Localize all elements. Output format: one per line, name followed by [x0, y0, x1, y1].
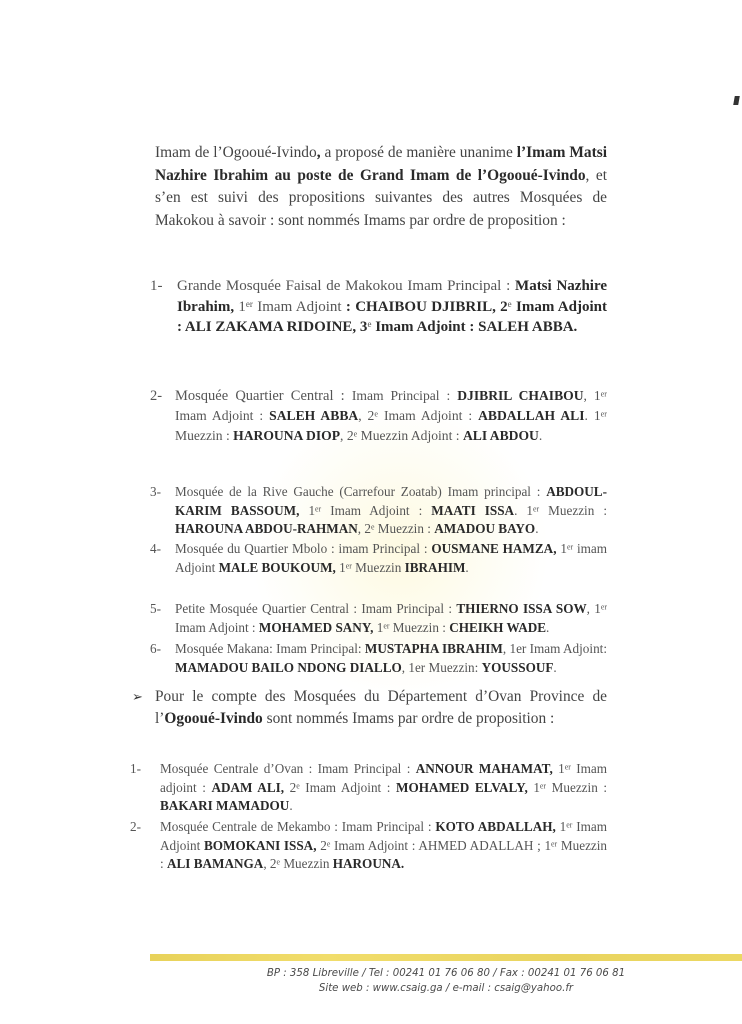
muezzin-1: HAROUNA ABDOU-RAHMAN — [175, 521, 358, 536]
muezzin-1: IBRAHIM — [405, 560, 466, 575]
imam-principal: MUSTAPHA IBRAHIM — [365, 641, 503, 656]
intro-paragraph: Imam de l’Ogooué-Ivindo, a proposé de ma… — [155, 142, 607, 232]
mosque-name: Mosquée Centrale de Mekambo : Imam Princ… — [160, 819, 435, 834]
document-page: Imam de l’Ogooué-Ivindo, a proposé de ma… — [0, 0, 742, 1024]
imam-adjoint-1: SALEH ABBA — [269, 408, 358, 423]
item-number: 4- — [150, 540, 161, 559]
muezzin-1: ALI BAMANGA — [167, 856, 263, 871]
mosque-name: Mosquée de la Rive Gauche (Carrefour Zoa… — [175, 484, 546, 499]
makokou-item-1: 1- Grande Mosquée Faisal de Makokou Imam… — [150, 276, 607, 338]
role-label: 1 — [373, 620, 383, 635]
footer-web-line: Site web : www.csaig.ga / e-mail : csaig… — [150, 983, 742, 994]
ovan-intro-bold: Ogooué-Ivindo — [164, 710, 262, 727]
muezzin-1: BAKARI MAMADOU — [160, 798, 289, 813]
makokou-item-3: 3- Mosquée de la Rive Gauche (Carrefour … — [150, 483, 607, 539]
role-label: 1 — [528, 780, 540, 795]
muezzin-2: ALI ABDOU — [463, 428, 539, 443]
item-number: 1- — [130, 760, 141, 779]
ovan-intro-paragraph: ➢ Pour le compte des Mosquées du Départe… — [132, 686, 607, 730]
item-number: 5- — [150, 600, 161, 619]
imam-principal: OUSMANE HAMZA, — [431, 541, 556, 556]
role-label: , 2 — [358, 408, 374, 423]
role-label: Imam Principal : — [352, 388, 457, 403]
imam-adjoint-1: MALE BOUKOUM, — [219, 560, 336, 575]
role-label: 2 — [284, 780, 296, 795]
item-number: 1- — [150, 276, 163, 297]
ordinal-sup: er — [601, 602, 607, 611]
muezzin-1: HAROUNA DIOP — [233, 428, 340, 443]
footer-web-label: Site web : — [319, 983, 373, 994]
role-label: Imam Adjoint : — [321, 503, 431, 518]
punctuation: . — [546, 620, 549, 635]
role-label: Imam Adjoint : — [175, 620, 259, 635]
role-label: . 1 — [514, 503, 533, 518]
role-label: Muezzin : — [389, 620, 449, 635]
footer-divider-bar — [150, 954, 742, 961]
imam-principal: ANNOUR MAHAMAT, — [416, 761, 553, 776]
ovan-intro-text-b: sont nommés Imams par ordre de propositi… — [263, 710, 555, 727]
item-number: 3- — [150, 483, 161, 502]
role-label: Muezzin : — [375, 521, 435, 536]
role-label: , 2 — [263, 856, 276, 871]
role-label: Imam Adjoint — [253, 299, 346, 315]
role-label: , 1 — [587, 601, 601, 616]
role-label: 1 — [299, 503, 315, 518]
role-label: Muezzin — [352, 560, 405, 575]
role-label: Muezzin : — [546, 780, 607, 795]
imam-adjoint-1: MAATI ISSA — [431, 503, 514, 518]
punctuation: . — [553, 660, 556, 675]
makokou-item-2: 2- Mosquée Quartier Central : Imam Princ… — [150, 386, 607, 446]
role-label: , 2 — [340, 428, 354, 443]
makokou-item-4: 4- Mosquée du Quartier Mbolo : imam Prin… — [150, 540, 607, 577]
role-label: Imam Adjoint : — [300, 780, 396, 795]
role-label: , 2 — [358, 521, 371, 536]
role-label: Muezzin — [280, 856, 333, 871]
imam-adjoint-1: MAMADOU BAILO NDONG DIALLO — [175, 660, 402, 675]
ordinal: 1 — [238, 299, 246, 315]
role-label: 1 — [553, 761, 565, 776]
role-label: , 1er Imam Adjoint: — [503, 641, 607, 656]
role-label: 1 — [557, 541, 567, 556]
arrow-bullet-icon: ➢ — [132, 686, 143, 708]
intro-text-a: Imam de l’Ogooué-Ivindo — [155, 144, 317, 161]
makokou-item-5: 5- Petite Mosquée Quartier Central : Ima… — [150, 600, 607, 637]
email-link[interactable]: csaig@yahoo.fr — [494, 983, 573, 994]
muezzin-2: AMADOU BAYO — [434, 521, 535, 536]
role-label: Muezzin : — [175, 428, 233, 443]
mosque-name: Grande Mosquée Faisal de Makokou Imam Pr… — [177, 278, 515, 294]
muezzin-2: HAROUNA. — [333, 856, 404, 871]
role-label: , 1 — [584, 388, 601, 403]
role-label: Imam Adjoint : — [378, 408, 478, 423]
role-label: , 1er Muezzin: — [402, 660, 482, 675]
item-number: 2- — [150, 386, 162, 406]
imam-principal: KOTO ABDALLAH, — [435, 819, 555, 834]
intro-text-b: a proposé de manière unanime — [321, 144, 517, 161]
mosque-name: Petite Mosquée Quartier Central : Imam P… — [175, 601, 456, 616]
role-label: . 1 — [585, 408, 601, 423]
item-number: 2- — [130, 818, 141, 837]
punctuation: . — [465, 560, 468, 575]
mosque-name: Mosquée du Quartier Mbolo : imam Princip… — [175, 541, 431, 556]
imam-adjoint-1: BOMOKANI ISSA, — [204, 838, 317, 853]
item-number: 6- — [150, 640, 161, 659]
role-label: Muezzin : — [539, 503, 607, 518]
role-label: 2 — [317, 838, 327, 853]
ordinal-sup: er — [601, 409, 607, 418]
mosque-name: Mosquée Makana: Imam Principal: — [175, 641, 365, 656]
ordinal-sup: er — [246, 298, 253, 308]
imam-adjoint-1: MOHAMED SANY, — [259, 620, 374, 635]
imam-adjoint-2: MOHAMED ELVALY, — [396, 780, 528, 795]
makokou-item-6: 6- Mosquée Makana: Imam Principal: MUSTA… — [150, 640, 607, 677]
imam-adjoint-1: ADAM ALI, — [211, 780, 284, 795]
ovan-item-2: 2- Mosquée Centrale de Mekambo : Imam Pr… — [130, 818, 607, 874]
muezzin-1: YOUSSOUF — [482, 660, 554, 675]
muezzin-1: CHEIKH WADE — [449, 620, 546, 635]
imam-adjoint-3: Imam Adjoint : SALEH ABBA. — [371, 319, 577, 335]
footer-email-label: / e-mail : — [443, 983, 495, 994]
imam-adjoint-1: : CHAIBOU DJIBRIL, 2 — [346, 299, 508, 315]
role-label: Imam Adjoint : AHMED ADALLAH ; 1 — [330, 838, 551, 853]
ordinal-sup: er — [601, 389, 607, 398]
website-link[interactable]: www.csaig.ga — [373, 983, 443, 994]
mosque-name: Mosquée Quartier Central : — [175, 388, 352, 404]
imam-principal: DJIBRIL CHAIBOU — [457, 388, 583, 403]
punctuation: . — [289, 798, 292, 813]
punctuation: . — [539, 428, 542, 443]
footer-contact-line: BP : 358 Libreville / Tel : 00241 01 76 … — [150, 968, 742, 979]
role-label: Muezzin Adjoint : — [357, 428, 463, 443]
role-label: 1 — [556, 819, 566, 834]
imam-adjoint-2: ABDALLAH ALI — [478, 408, 584, 423]
punctuation: . — [535, 521, 538, 536]
role-label: 1 — [336, 560, 346, 575]
ovan-item-1: 1- Mosquée Centrale d’Ovan : Imam Princi… — [130, 760, 607, 816]
mosque-name: Mosquée Centrale d’Ovan : Imam Principal… — [160, 761, 416, 776]
role-label: Imam Adjoint : — [175, 408, 269, 423]
imam-principal: THIERNO ISSA SOW — [456, 601, 586, 616]
